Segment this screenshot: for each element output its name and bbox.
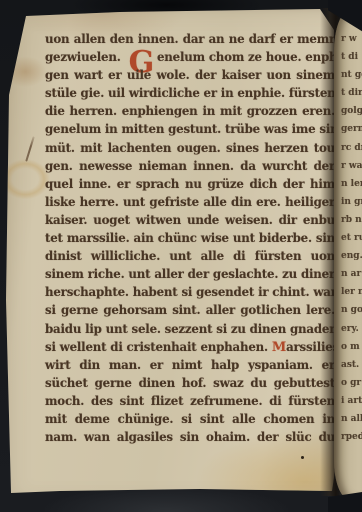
manuscript-text-line: sinem riche. unt aller der geslachte. zu… [45, 265, 335, 283]
line-text: wirt din man. er nimt halp yspaniam. er [45, 358, 335, 372]
facing-page-text-fragment: t dir [334, 84, 362, 102]
line-text: gen wart er uile wole. der kaiser uon si… [45, 68, 335, 82]
line-text: mit deme chünige. si sint alle chomen in [45, 412, 335, 426]
facing-page-text-fragment: ler n [334, 283, 362, 301]
manuscript-text-line: kaiser. uoget witwen unde weisen. dir en… [45, 211, 335, 229]
facing-page-text-fragment: o gr [334, 374, 362, 392]
manuscript-text-line: süchet gerne dinen hof. swaz du gebuttes… [45, 374, 335, 392]
facing-page-text-fragment: ast. [334, 356, 362, 374]
facing-page-text-fragment: nt ger [334, 66, 362, 84]
manuscript-text-line: wirt din man. er nimt halp yspaniam. er [45, 356, 335, 374]
manuscript-text-line: genelum in mitten gestunt. trübe was ime… [45, 120, 335, 138]
line-text: si gerne gehorsam sint. aller gotlichen … [45, 303, 335, 317]
facing-page-edge: r w t di nt ger t dir golgn gern b rc dn… [334, 10, 362, 498]
parchment-speck [301, 456, 304, 459]
manuscript-text-line: uon allen den innen. dar an ne darf er m… [45, 30, 335, 48]
line-text: moch. des sint flizet zefrumene. di fürs… [45, 394, 335, 408]
manuscript-text-line: si gerne gehorsam sint. aller gotlichen … [45, 301, 335, 319]
facing-page-text-fragment: ery. [334, 320, 362, 338]
line-text: tet marssilie. ain chünc wise unt biderb… [45, 231, 335, 245]
manuscript-text-line: herschaphte. habent si gesendet ir chint… [45, 283, 335, 301]
manuscript-text-line: nam. wan algasiles sin ohaim. der slüc d… [45, 428, 335, 446]
line-text: gezwiuelen. [45, 50, 125, 64]
line-text: stüle gie. uil wirdicliche er in enphie.… [45, 86, 336, 100]
photo-backdrop: uon allen den innen. dar an ne darf er m… [0, 0, 362, 512]
facing-page-text-fragment: r w [334, 30, 362, 48]
rubricated-initial: M [272, 340, 286, 355]
facing-page-text-fragment: rc dn [334, 139, 362, 157]
facing-page-text-fragment: et run [334, 229, 362, 247]
line-text: die herren. enphiengen in mit grozzen er… [45, 104, 335, 118]
facing-page-text-fragment: eng. ar [334, 247, 362, 265]
manuscript-text-line: gen. newesse nieman innen. da wurcht der [45, 157, 335, 175]
facing-page-text-fragment: n all [334, 410, 362, 428]
facing-page-text-fragment: o m [334, 338, 362, 356]
line-text: sinem riche. unt aller der geslachte. zu… [45, 267, 335, 281]
facing-page-text-fragment: rpede [334, 428, 362, 446]
manuscript-text-line: müt. mit lachenten ougen. sines herzen t… [45, 139, 335, 157]
manuscript-text-line: tet marssilie. ain chünc wise unt biderb… [45, 229, 335, 247]
line-text: herschaphte. habent si gesendet ir chint… [45, 285, 344, 299]
manuscript-text-block: uon allen den innen. dar an ne darf er m… [45, 30, 335, 446]
facing-page-text-fragment: r waf [334, 157, 362, 175]
manuscript-text-line: mit deme chünige. si sint alle chomen in [45, 410, 335, 428]
manuscript-page: uon allen den innen. dar an ne darf er m… [0, 0, 362, 512]
line-text: dinist willicliche. unt alle di fürsten … [45, 249, 335, 263]
manuscript-text-line: gezwiuelen. Genelum chom ze houe. enphan [45, 48, 335, 66]
manuscript-text-line: dinist willicliche. unt alle di fürsten … [45, 247, 335, 265]
manuscript-text-line: die herren. enphiengen in mit grozzen er… [45, 102, 335, 120]
line-text: liske herre. unt gefriste alle din ere. … [45, 195, 335, 209]
manuscript-text-line: liske herre. unt gefriste alle din ere. … [45, 193, 335, 211]
manuscript-text-line: stüle gie. uil wirdicliche er in enphie.… [45, 84, 335, 102]
facing-page-text-fragment: n ler n [334, 175, 362, 193]
line-text: si wellent di cristenhait enphahen. [45, 340, 272, 354]
facing-page-text-fragment: rb nal [334, 211, 362, 229]
facing-page-text-fragment: i art [334, 392, 362, 410]
line-text: süchet gerne dinen hof. swaz du gebuttes… [45, 376, 335, 390]
facing-page-text-fragment: n gon [334, 301, 362, 319]
manuscript-text-line: baidu lip unt sele. sezzent si zu dinen … [45, 320, 335, 338]
line-text: nam. wan algasiles sin ohaim. der slüc d… [45, 430, 335, 444]
manuscript-text-line: moch. des sint flizet zefrumene. di fürs… [45, 392, 335, 410]
manuscript-text-line: si wellent di cristenhait enphahen. Mars… [45, 338, 335, 356]
facing-page-text-fragment: t di [334, 48, 362, 66]
line-text: genelum in mitten gestunt. trübe was ime… [45, 122, 339, 136]
line-text: uon allen den innen. dar an ne darf er m… [45, 32, 335, 46]
facing-page-text: r w t di nt ger t dir golgn gern b rc dn… [334, 30, 362, 446]
line-text: quel inne. er sprach nu grüze dich der h… [45, 177, 335, 191]
line-text: müt. mit lachenten ougen. sines herzen t… [45, 141, 335, 155]
margin-pen-mark [25, 136, 35, 161]
manuscript-text-line: quel inne. er sprach nu grüze dich der h… [45, 175, 335, 193]
facing-page-text-fragment: golgn [334, 102, 362, 120]
manuscript-text-line: gen wart er uile wole. der kaiser uon si… [45, 66, 335, 84]
line-text: kaiser. uoget witwen unde weisen. dir en… [45, 213, 335, 227]
line-text: baidu lip unt sele. sezzent si zu dinen … [45, 322, 341, 336]
line-text: gen. newesse nieman innen. da wurcht der [45, 159, 335, 173]
facing-page-text-fragment: gern b [334, 120, 362, 138]
facing-page-text-fragment: in gron [334, 193, 362, 211]
facing-page-text-fragment: n ar v [334, 265, 362, 283]
